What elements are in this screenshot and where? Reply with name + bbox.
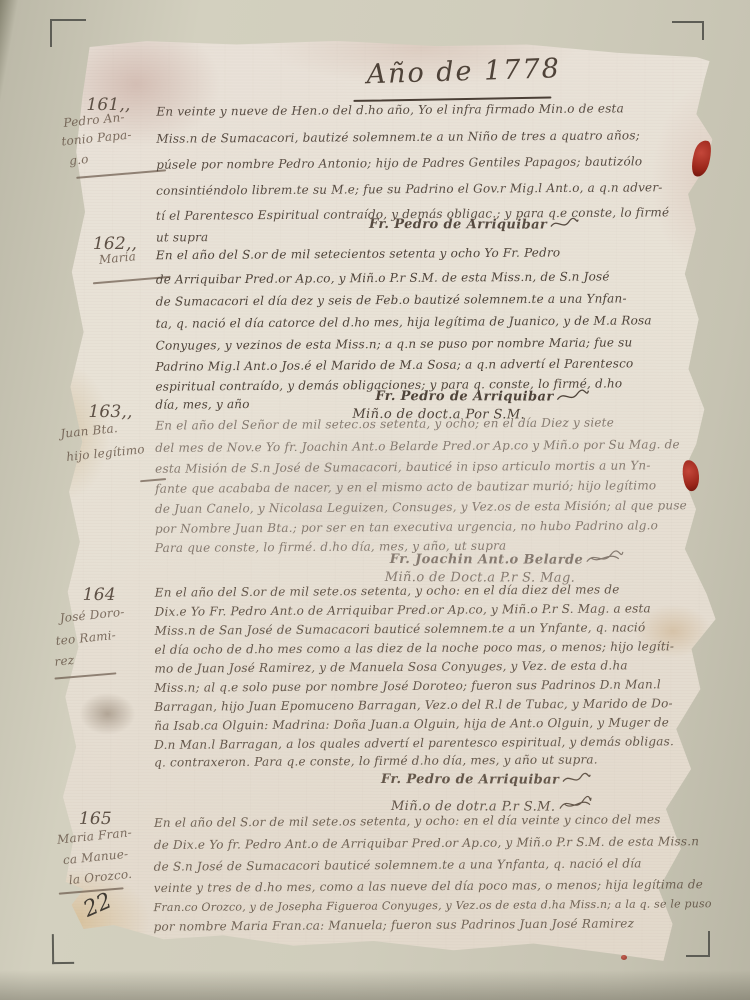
margin-note-line: rez — [54, 653, 75, 669]
baptism-entry-162: 162,, Maria En el año del S.or de mil se… — [57, 37, 722, 39]
manuscript-page: Año de 1778 161,, Pedro An- tonio Papa- … — [53, 37, 721, 979]
rubric-flourish-icon — [549, 216, 579, 232]
year-heading: Año de 1778 — [366, 53, 561, 90]
signature-line: Fr. Joachin Ant.o Belarde — [390, 548, 625, 568]
rubric-flourish-icon — [585, 549, 625, 567]
margin-note-line: g.o — [69, 152, 90, 168]
rubric-flourish-icon — [561, 771, 591, 787]
wax-seal-residue — [621, 955, 627, 960]
photo-background: Año de 1778 161,, Pedro An- tonio Papa- … — [0, 0, 750, 1000]
signature-text: Fr. Pedro de Arriquibar — [375, 389, 553, 405]
baptism-entry-164: 164 José Doro- teo Rami- rez En el año d… — [57, 37, 722, 39]
signature-text: Fr. Joachin Ant.o Belarde — [390, 552, 583, 568]
baptism-entry-163: 163,, Juan Bta. hijo legítimo En el año … — [57, 37, 722, 39]
entry-text-line: ut supra — [156, 230, 209, 244]
signature-line: Fr. Pedro de Arriquibar — [369, 215, 579, 233]
baptism-entry-165: 165 Maria Fran- ca Manue- la Orozco. En … — [57, 37, 722, 39]
entry-number: 164 — [83, 585, 116, 605]
signature-text: Fr. Pedro de Arriquibar — [369, 217, 547, 233]
rubric-flourish-icon — [556, 388, 590, 404]
entry-number: 163,, — [88, 402, 132, 422]
entry-text-line: En el año del S.or de mil setecientos se… — [156, 245, 561, 262]
signature-text: Fr. Pedro de Arriquibar — [381, 772, 559, 788]
entry-text-line: día, mes, y año — [155, 397, 249, 412]
registration-corner-mark-top-right — [672, 21, 704, 40]
signature-line: Miñ.o de dotr.a P.r S.M. — [391, 793, 594, 815]
entry-number: 165 — [79, 809, 112, 829]
signature-line: Fr. Pedro de Arriquibar — [375, 387, 589, 405]
baptism-entry-161: 161,, Pedro An- tonio Papa- g.o En veint… — [57, 37, 722, 39]
signature-line: Fr. Pedro de Arriquibar — [381, 770, 591, 788]
rubric-flourish-icon — [557, 794, 593, 814]
